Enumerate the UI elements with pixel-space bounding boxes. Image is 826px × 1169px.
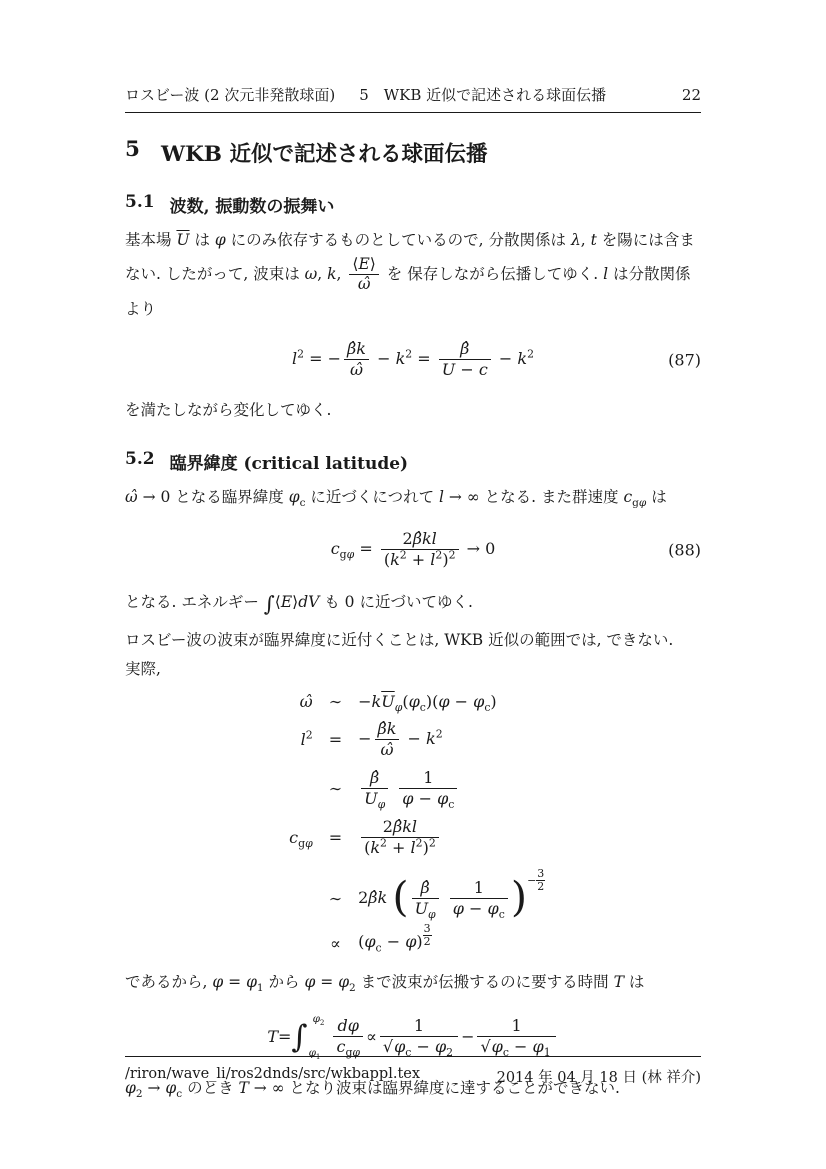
equation-87-body: l2 = −β̂kω̂ − k2 = β̂U − c − k2 bbox=[292, 339, 534, 380]
eqarray-rhs: 2β̂k (β̂Uφ 1φ − φc)−32 bbox=[353, 862, 550, 927]
page-content: ロスビー波 (2 次元非発散球面) 5 WKB 近似で記述される球面伝播 22 … bbox=[125, 84, 701, 1103]
paragraph-wkb-limit: ロスビー波の波束が臨界緯度に近付くことは, WKB 近似の範囲では, できない.… bbox=[125, 626, 701, 684]
eqarray-relation: ∼ bbox=[318, 688, 353, 715]
subsection-5-1-number: 5.1 bbox=[125, 192, 155, 217]
page-number: 22 bbox=[682, 86, 701, 104]
eqarray-lhs: ω̂ bbox=[276, 688, 318, 715]
running-header: ロスビー波 (2 次元非発散球面) 5 WKB 近似で記述される球面伝播 22 bbox=[125, 84, 701, 113]
equation-88: cgφ = 2β̂kl(k2 + l2)2 → 0 (88) bbox=[125, 522, 701, 578]
eqarray-rhs: β̂Uφ 1φ − φc bbox=[353, 764, 550, 813]
subsection-5-2-heading: 5.2 臨界緯度 (critical latitude) bbox=[125, 449, 701, 474]
header-section-number: 5 bbox=[359, 86, 369, 104]
equation-array-row: cgφ = 2β̂kl(k2 + l2)2 bbox=[276, 813, 551, 862]
equation-87-number: (87) bbox=[668, 350, 701, 369]
equation-88-body: cgφ = 2β̂kl(k2 + l2)2 → 0 bbox=[331, 529, 496, 570]
eqarray-relation: = bbox=[318, 715, 353, 764]
eqarray-rhs: 2β̂kl(k2 + l2)2 bbox=[353, 813, 550, 862]
eqarray-relation: = bbox=[318, 813, 353, 862]
footer-file-path: /riron/wave_li/ros2dnds/src/wkbappl.tex bbox=[125, 1066, 420, 1087]
equation-array-row: ∝ (φc − φ)32 bbox=[276, 927, 551, 961]
section-5-number: 5 bbox=[125, 137, 140, 168]
paragraph-dispersion-intro: 基本場 U は φ にのみ依存するものとしているので, 分散関係は λ, t を… bbox=[125, 226, 701, 324]
paragraph-critical-latitude: ω̂ → 0 となる臨界緯度 φc に近づくにつれて l → ∞ となる. また… bbox=[125, 483, 701, 512]
eqarray-rhs: −β̂kω̂ − k2 bbox=[353, 715, 550, 764]
equation-87: l2 = −β̂kω̂ − k2 = β̂U − c − k2 (87) bbox=[125, 334, 701, 386]
eqarray-relation: ∼ bbox=[318, 764, 353, 813]
eqarray-lhs: l2 bbox=[276, 715, 318, 764]
paragraph-satisfy: を満たしながら変化してゆく. bbox=[125, 396, 701, 425]
equation-88-number: (88) bbox=[668, 540, 701, 559]
eqarray-relation: ∼ bbox=[318, 862, 353, 927]
page-footer: /riron/wave_li/ros2dnds/src/wkbappl.tex … bbox=[125, 1056, 701, 1087]
eqarray-lhs bbox=[276, 862, 318, 927]
equation-array-row: ∼ β̂Uφ 1φ − φc bbox=[276, 764, 551, 813]
eqarray-rhs: (φc − φ)32 bbox=[353, 927, 550, 961]
eqarray-rhs: −kUφ(φc)(φ − φc) bbox=[353, 688, 550, 715]
running-header-left: ロスビー波 (2 次元非発散球面) 5 WKB 近似で記述される球面伝播 bbox=[125, 84, 606, 105]
equation-array-row: ∼ 2β̂k (β̂Uφ 1φ − φc)−32 bbox=[276, 862, 551, 927]
equation-array-row: l2 = −β̂kω̂ − k2 bbox=[276, 715, 551, 764]
eqarray-relation: ∝ bbox=[318, 927, 353, 961]
paragraph-energy: となる. エネルギー ∫⟨E⟩dV も 0 に近づいてゆく. bbox=[125, 588, 701, 617]
paragraph-propagation-time: であるから, φ = φ1 から φ = φ2 まで波束が伝搬するのに要する時間… bbox=[125, 968, 701, 997]
subsection-5-1-title: 波数, 振動数の振舞い bbox=[170, 192, 335, 217]
eqarray-lhs bbox=[276, 927, 318, 961]
subsection-5-2-title: 臨界緯度 (critical latitude) bbox=[170, 449, 409, 474]
header-doc-title: ロスビー波 (2 次元非発散球面) bbox=[125, 84, 335, 105]
section-5-title: WKB 近似で記述される球面伝播 bbox=[161, 137, 488, 168]
subsection-5-1-heading: 5.1 波数, 振動数の振舞い bbox=[125, 192, 701, 217]
eqarray-lhs bbox=[276, 764, 318, 813]
equation-array-row: ω̂ ∼ −kUφ(φc)(φ − φc) bbox=[276, 688, 551, 715]
subsection-5-2-number: 5.2 bbox=[125, 449, 155, 474]
section-5-heading: 5 WKB 近似で記述される球面伝播 bbox=[125, 137, 701, 168]
header-section-title: WKB 近似で記述される球面伝播 bbox=[384, 84, 606, 105]
document-page: ロスビー波 (2 次元非発散球面) 5 WKB 近似で記述される球面伝播 22 … bbox=[0, 0, 826, 1169]
footer-date: 2014 年 04 月 18 日 (林 祥介) bbox=[497, 1066, 701, 1087]
eqarray-lhs: cgφ bbox=[276, 813, 318, 862]
equation-array: ω̂ ∼ −kUφ(φc)(φ − φc) l2 = −β̂kω̂ − k2 ∼… bbox=[276, 688, 551, 961]
